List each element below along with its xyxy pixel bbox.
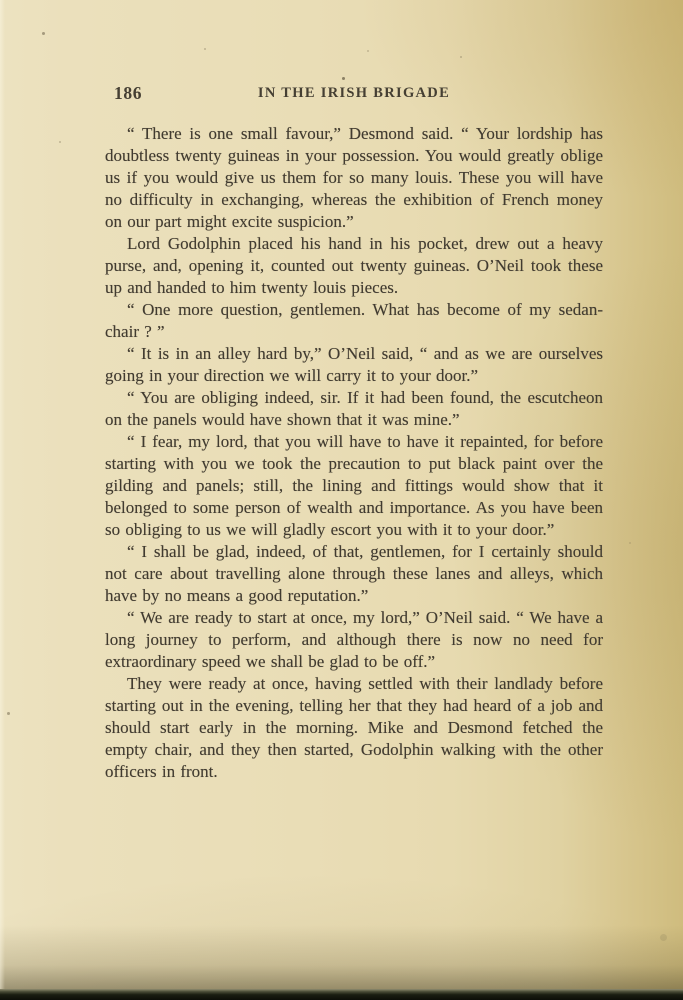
paragraph: “ We are ready to start at once, my lord… bbox=[105, 607, 603, 673]
ink-speck bbox=[7, 712, 10, 715]
paragraph: “ I fear, my lord, that you will have to… bbox=[105, 431, 603, 541]
ink-speck bbox=[342, 77, 345, 80]
book-page-scan: 186 IN THE IRISH BRIGADE “ There is one … bbox=[0, 0, 683, 1000]
page-body: “ There is one small favour,” Desmond sa… bbox=[105, 123, 603, 783]
ink-speck bbox=[59, 141, 61, 143]
paragraph: “ I shall be glad, indeed, of that, gent… bbox=[105, 541, 603, 607]
paragraph: They were ready at once, having settled … bbox=[105, 673, 603, 783]
ink-speck bbox=[367, 50, 369, 52]
paragraph: “ You are obliging indeed, sir. If it ha… bbox=[105, 387, 603, 431]
running-header-title: IN THE IRISH BRIGADE bbox=[105, 85, 603, 102]
ink-speck bbox=[42, 32, 45, 35]
paragraph: “ It is in an alley hard by,” O’Neil sai… bbox=[105, 343, 603, 387]
paragraph: “ There is one small favour,” Desmond sa… bbox=[105, 123, 603, 233]
book-bottom-edge bbox=[0, 989, 683, 1000]
ink-speck bbox=[204, 48, 206, 50]
ink-speck bbox=[460, 56, 462, 58]
paper-stain bbox=[660, 934, 667, 941]
paragraph: “ One more question, gentlemen. What has… bbox=[105, 299, 603, 343]
ink-speck bbox=[629, 542, 631, 544]
paragraph: Lord Godolphin placed his hand in his po… bbox=[105, 233, 603, 299]
